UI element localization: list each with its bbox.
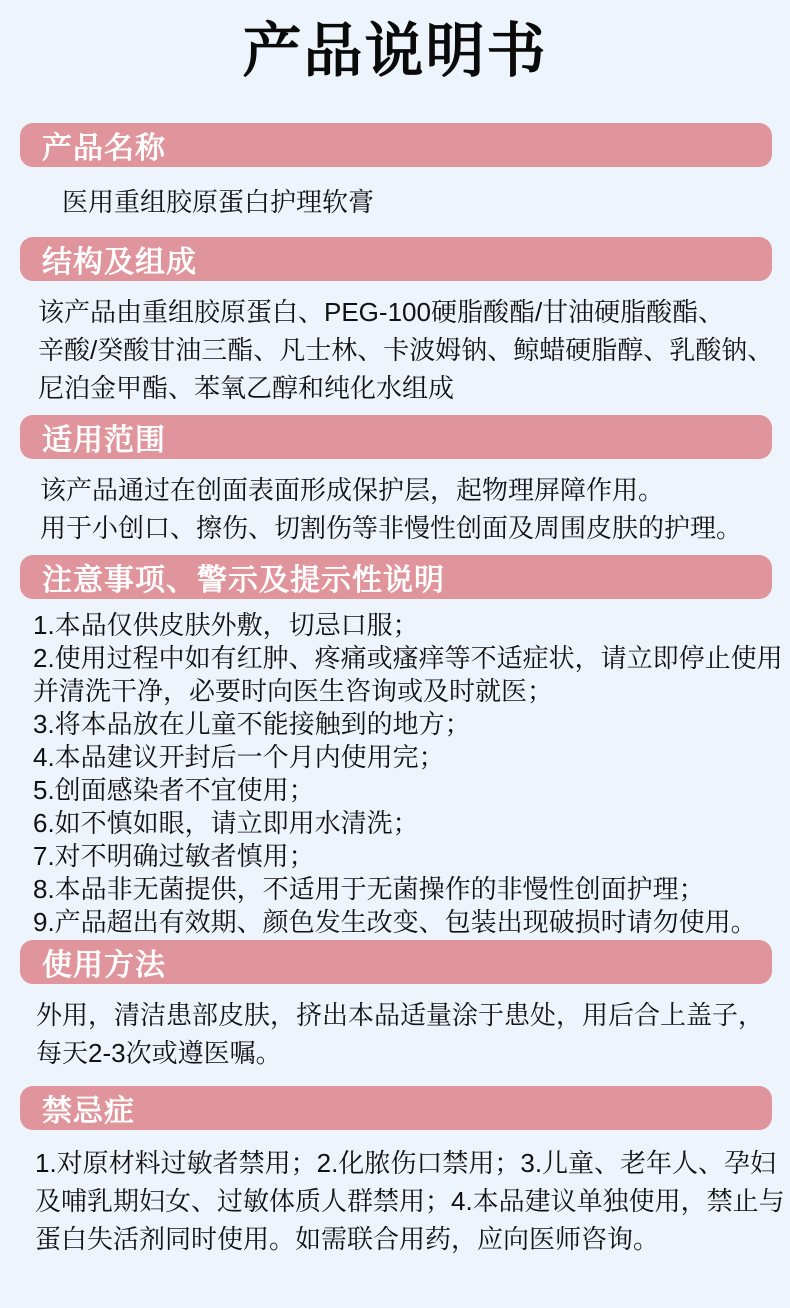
section-header-composition: 结构及组成 (20, 237, 772, 281)
section-heading-label: 产品名称 (42, 123, 166, 167)
body-line: 4.本品建议开封后一个月内使用完； (33, 741, 776, 774)
section-heading-label: 使用方法 (42, 940, 166, 984)
section-header-product-name: 产品名称 (20, 123, 772, 167)
section-body-scope: 该产品通过在创面表面形成保护层，起物理屏障作用。 用于小创口、擦伤、切割伤等非慢… (40, 471, 776, 547)
body-line: 尼泊金甲酯、苯氧乙醇和纯化水组成 (38, 369, 776, 407)
body-line: 7.对不明确过敏者慎用； (33, 840, 776, 873)
body-line: 该产品由重组胶原蛋白、PEG-100硬脂酸酯/甘油硬脂酸酯、 (38, 293, 776, 331)
section-header-usage: 使用方法 (20, 940, 772, 984)
body-line: 1.本品仅供皮肤外敷，切忌口服； (33, 609, 776, 642)
body-line: 外用，清洁患部皮肤，挤出本品适量涂于患处，用后合上盖子， (36, 996, 776, 1034)
section-body-composition: 该产品由重组胶原蛋白、PEG-100硬脂酸酯/甘油硬脂酸酯、 辛酸/癸酸甘油三酯… (38, 293, 776, 407)
section-header-scope: 适用范围 (20, 415, 772, 459)
body-line: 蛋白失活剂同时使用。如需联合用药，应向医师咨询。 (35, 1220, 776, 1258)
body-line: 8.本品非无菌提供，不适用于无菌操作的非慢性创面护理； (33, 873, 776, 906)
section-heading-label: 适用范围 (42, 415, 166, 459)
section-heading-label: 结构及组成 (42, 237, 197, 281)
body-line: 辛酸/癸酸甘油三酯、凡士林、卡波姆钠、鲸蜡硬脂醇、乳酸钠、 (38, 331, 776, 369)
product-manual-page: 产品说明书 产品名称 医用重组胶原蛋白护理软膏 结构及组成 该产品由重组胶原蛋白… (0, 0, 790, 1308)
section-header-contraindications: 禁忌症 (20, 1086, 772, 1130)
body-line: 每天2-3次或遵医嘱。 (36, 1034, 776, 1072)
body-line: 1.对原材料过敏者禁用；2.化脓伤口禁用；3.儿童、老年人、孕妇 (35, 1144, 776, 1182)
body-line: 该产品通过在创面表面形成保护层，起物理屏障作用。 (40, 471, 776, 509)
section-body-precautions: 1.本品仅供皮肤外敷，切忌口服； 2.使用过程中如有红肿、疼痛或瘙痒等不适症状，… (33, 609, 776, 939)
body-line: 2.使用过程中如有红肿、疼痛或瘙痒等不适症状，请立即停止使用 (33, 642, 776, 675)
body-line: 6.如不慎如眼，请立即用水清洗； (33, 807, 776, 840)
body-line: 9.产品超出有效期、颜色发生改变、包装出现破损时请勿使用。 (33, 906, 776, 939)
section-heading-label: 注意事项、警示及提示性说明 (42, 555, 445, 599)
body-line: 并清洗干净，必要时向医生咨询或及时就医； (33, 675, 776, 708)
section-body-contraindications: 1.对原材料过敏者禁用；2.化脓伤口禁用；3.儿童、老年人、孕妇 及哺乳期妇女、… (35, 1144, 776, 1258)
body-line: 5.创面感染者不宜使用； (33, 774, 776, 807)
section-body-usage: 外用，清洁患部皮肤，挤出本品适量涂于患处，用后合上盖子， 每天2-3次或遵医嘱。 (36, 996, 776, 1072)
section-header-precautions: 注意事项、警示及提示性说明 (20, 555, 772, 599)
body-line: 3.将本品放在儿童不能接触到的地方； (33, 708, 776, 741)
body-line: 用于小创口、擦伤、切割伤等非慢性创面及周围皮肤的护理。 (40, 509, 776, 547)
section-heading-label: 禁忌症 (42, 1086, 135, 1130)
body-line: 医用重组胶原蛋白护理软膏 (62, 183, 776, 221)
page-title: 产品说明书 (0, 0, 790, 88)
section-body-product-name: 医用重组胶原蛋白护理软膏 (62, 183, 776, 221)
body-line: 及哺乳期妇女、过敏体质人群禁用；4.本品建议单独使用，禁止与 (35, 1182, 776, 1220)
